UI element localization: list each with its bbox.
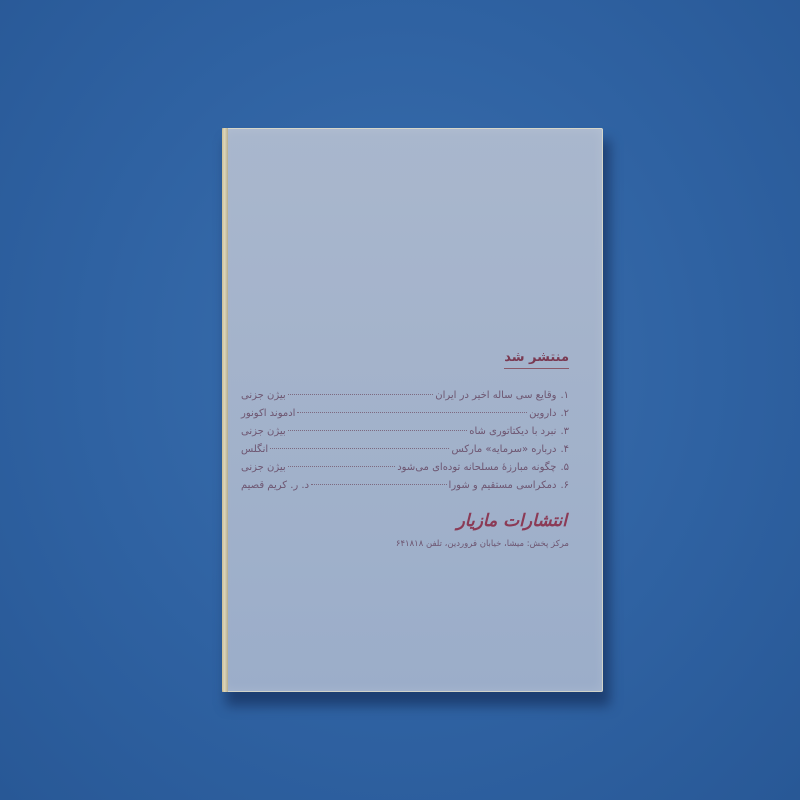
dot-leader	[270, 448, 449, 449]
list-item: ۵. چگونه مبارزهٔ مسلحانه توده‌ای می‌شود …	[241, 459, 569, 477]
item-title: دمکراسی مستقیم و شورا	[449, 477, 557, 495]
worn-spine-edge	[222, 128, 228, 692]
item-title: درباره «سرمایه» مارکس	[451, 441, 556, 459]
item-title: نبرد با دیکتاتوری شاه	[469, 423, 556, 441]
item-number: ۱.	[560, 387, 569, 405]
dot-leader	[288, 466, 396, 467]
item-author: بیژن جزنی	[241, 423, 286, 441]
list-item: ۳. نبرد با دیکتاتوری شاه بیژن جزنی	[241, 423, 569, 441]
item-author: بیژن جزنی	[241, 387, 286, 405]
item-title: داروین	[529, 405, 556, 423]
publisher-logo: انتشارات مازیار	[241, 511, 567, 531]
cover-text-block: منتشر شد ۱. وقایع سی ساله اخیر در ایران …	[241, 346, 581, 549]
book-list: ۱. وقایع سی ساله اخیر در ایران بیژن جزنی…	[241, 387, 581, 495]
item-number: ۲.	[560, 405, 569, 423]
dot-leader	[297, 412, 527, 413]
list-item: ۶. دمکراسی مستقیم و شورا د. ر. کریم قصیم	[241, 477, 569, 495]
dot-leader	[288, 430, 468, 431]
distribution-address: مرکز پخش: میشا، خیابان فروردین، تلفن ۶۴۱…	[241, 539, 569, 549]
dot-leader	[288, 394, 434, 395]
item-number: ۶.	[560, 477, 569, 495]
item-title: چگونه مبارزهٔ مسلحانه توده‌ای می‌شود	[397, 459, 556, 477]
item-author: د. ر. کریم قصیم	[241, 477, 309, 495]
list-item: ۲. داروین ادموند اکونور	[241, 405, 569, 423]
list-item: ۱. وقایع سی ساله اخیر در ایران بیژن جزنی	[241, 387, 569, 405]
item-number: ۳.	[560, 423, 569, 441]
item-number: ۴.	[560, 441, 569, 459]
list-item: ۴. درباره «سرمایه» مارکس انگلس	[241, 441, 569, 459]
item-author: بیژن جزنی	[241, 459, 286, 477]
item-author: انگلس	[241, 441, 268, 459]
item-title: وقایع سی ساله اخیر در ایران	[435, 387, 556, 405]
item-author: ادموند اکونور	[241, 405, 295, 423]
dot-leader	[311, 484, 447, 485]
item-number: ۵.	[560, 459, 569, 477]
published-heading: منتشر شد	[504, 350, 569, 369]
book-back-cover: منتشر شد ۱. وقایع سی ساله اخیر در ایران …	[222, 128, 603, 692]
